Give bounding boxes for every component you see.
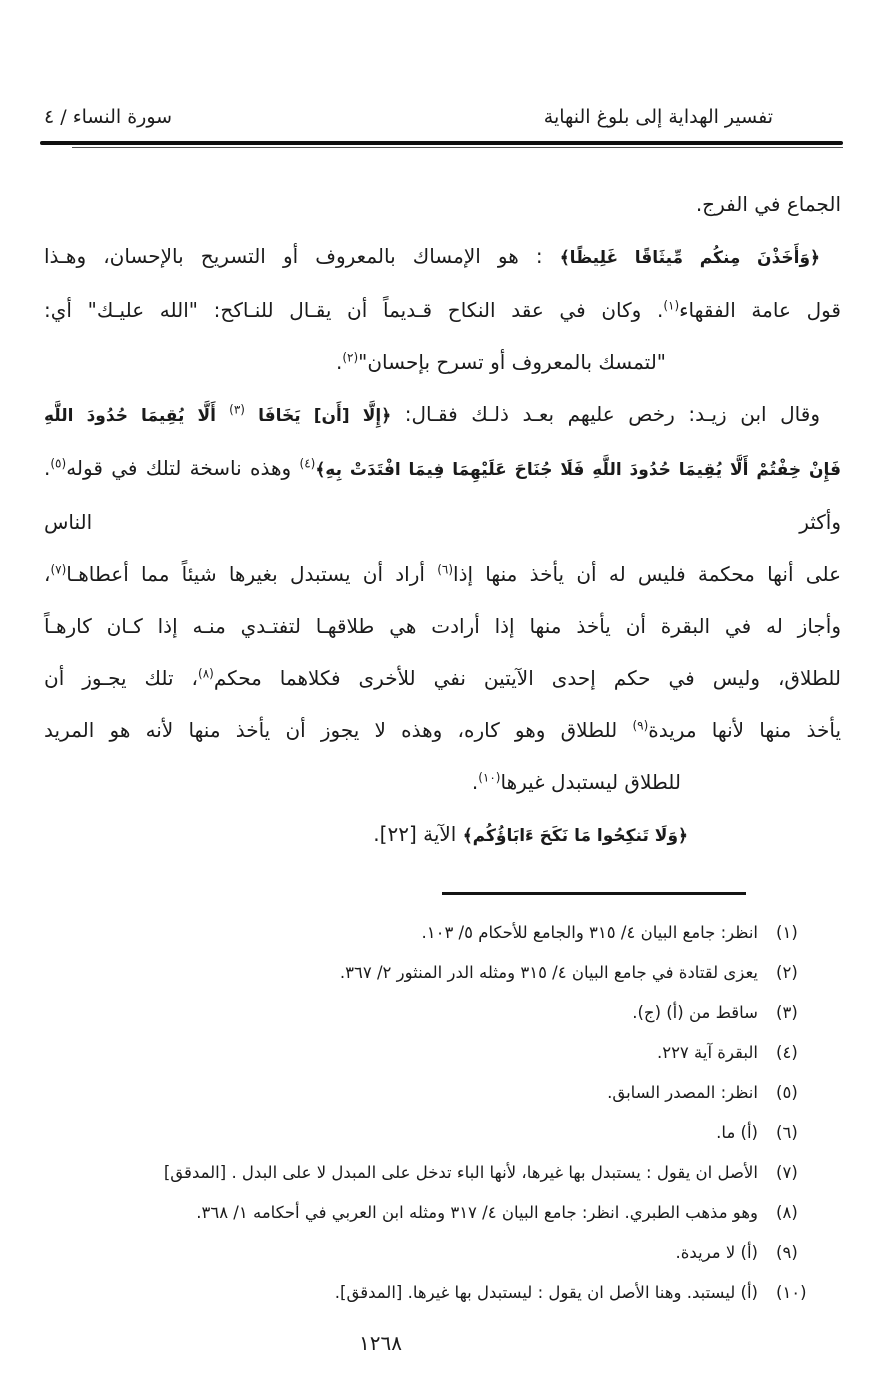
text-line: للطلاق ليستبدل غيرها(١٠). (44, 756, 841, 808)
footnote-marker: (٤) (300, 456, 316, 470)
footnote-number: (٥) (776, 1073, 822, 1113)
text-line: وأجاز له في البقرة أن يأخذ منها إذا أراد… (44, 600, 841, 652)
quran-verse: ﴿وَلَا تَنكِحُوا مَا نَكَحَ ءَابَاؤُكُم﴾ (463, 826, 688, 846)
body-text: أراد أن يستبدل بغيرها شيئاً مما أعطاهـا (66, 562, 437, 586)
quran-verse: ﴿إِلَّا [أَن] يَخَافَا (245, 406, 391, 426)
quran-verse: فَإِنْ خِفْتُمْ أَلَّا يُقِيمَا حُدُودَ … (315, 460, 841, 480)
footnote-text: ساقط من (أ) (ج). (44, 993, 776, 1033)
body-text: الآية [٢٢]. (373, 822, 462, 846)
body-text: الجماع في الفرج. (696, 192, 841, 216)
body-text: يأخذ منها لأنها مريدة (648, 718, 841, 742)
quran-verse: أَلَّا يُقِيمَا حُدُودَ اللَّهِ (44, 406, 229, 426)
footnote-marker: (١) (663, 298, 679, 312)
footnote-number: (١) (776, 913, 822, 953)
text-line: قول عامة الفقهاء(١). وكان في عقد النكاح … (44, 284, 841, 336)
footnote-item: (٧)الأصل ان يقول : يستبدل بها غيرها، لأن… (44, 1153, 822, 1193)
footnote-text: انظر: جامع البيان ٤/ ٣١٥ والجامع للأحكام… (44, 913, 776, 953)
text-line: ﴿وَأَخَذْنَ مِنكُم مِّيثَاقًا غَلِيظًا﴾ … (44, 230, 841, 284)
footnote-item: (٨)وهو مذهب الطبري. انظر: جامع البيان ٤/… (44, 1193, 822, 1233)
footnote-item: (٥)انظر: المصدر السابق. (44, 1073, 822, 1113)
body-text: وقال ابن زيـد: رخص عليهم بعـد ذلـك فقـال… (391, 402, 820, 426)
footnote-text: (أ) ما. (44, 1113, 776, 1153)
footnote-number: (٩) (776, 1233, 822, 1273)
book-page: تفسير الهداية إلى بلوغ النهاية سورة النس… (0, 0, 885, 1382)
footnotes-section: (١)انظر: جامع البيان ٤/ ٣١٥ والجامع للأح… (44, 913, 822, 1313)
footnote-marker: (١٠) (478, 770, 500, 784)
main-text: الجماع في الفرج.﴿وَأَخَذْنَ مِنكُم مِّيث… (44, 178, 841, 862)
footnote-marker: (٣) (229, 402, 245, 416)
header-surah-title: سورة النساء / ٤ (44, 104, 172, 130)
body-text: : هو الإمساك بالمعروف أو التسريح بالإحسا… (44, 244, 560, 268)
footnote-text: الأصل ان يقول : يستبدل بها غيرها، لأنها … (44, 1153, 776, 1193)
body-text: على أنها محكمة فليس له أن يأخذ منها إذا (453, 562, 841, 586)
body-text: قول عامة الفقهاء (679, 298, 841, 322)
header-rule-thin (72, 147, 843, 148)
footnote-marker: (٢) (342, 350, 358, 364)
footnote-marker: (٨) (198, 666, 214, 680)
footnote-number: (٤) (776, 1033, 822, 1073)
body-text: . وكان في عقد النكاح قـديماً أن يقـال لل… (44, 298, 663, 322)
footnote-marker: (٦) (437, 562, 453, 576)
footnote-item: (٢)يعزى لقتادة في جامع البيان ٤/ ٣١٥ ومث… (44, 953, 822, 993)
footnote-item: (٤)البقرة آية ٢٢٧. (44, 1033, 822, 1073)
footnote-number: (١٠) (776, 1273, 822, 1313)
footnote-marker: (٥) (50, 456, 66, 470)
body-text: للطلاق ليستبدل غيرها (500, 770, 681, 794)
footnote-item: (٦)(أ) ما. (44, 1113, 822, 1153)
footnote-text: يعزى لقتادة في جامع البيان ٤/ ٣١٥ ومثله … (44, 953, 776, 993)
footnote-number: (٣) (776, 993, 822, 1033)
footnote-number: (٢) (776, 953, 822, 993)
body-text: "لتمسك بالمعروف أو تسرح بإحسان" (358, 350, 666, 374)
header-book-title: تفسير الهداية إلى بلوغ النهاية (516, 104, 773, 130)
footnote-text: (أ) ليستبد. وهنا الأصل ان يقول : ليستبدل… (44, 1273, 776, 1313)
footnote-text: (أ) لا مريدة. (44, 1233, 776, 1273)
text-line: يأخذ منها لأنها مريدة(٩) للطلاق وهو كاره… (44, 704, 841, 756)
footnote-number: (٦) (776, 1113, 822, 1153)
text-line: الجماع في الفرج. (44, 178, 841, 230)
text-line: للطلاق، وليس في حكم إحدى الآيتين نفي للأ… (44, 652, 841, 704)
footnote-separator (442, 892, 746, 895)
body-text: ، تلك يجـوز أن (44, 666, 198, 690)
footnote-marker: (٧) (50, 562, 66, 576)
footnote-text: وهو مذهب الطبري. انظر: جامع البيان ٤/ ٣١… (44, 1193, 776, 1233)
text-line: ﴿وَلَا تَنكِحُوا مَا نَكَحَ ءَابَاؤُكُم﴾… (44, 808, 841, 862)
page-number: ١٢٦٨ (0, 1331, 761, 1355)
text-line: وقال ابن زيـد: رخص عليهم بعـد ذلـك فقـال… (44, 388, 841, 442)
footnote-item: (١٠)(أ) ليستبد. وهنا الأصل ان يقول : ليس… (44, 1273, 822, 1313)
footnote-text: انظر: المصدر السابق. (44, 1073, 776, 1113)
header-rule-thick (40, 141, 843, 145)
body-text: للطلاق، وليس في حكم إحدى الآيتين نفي للأ… (214, 666, 841, 690)
text-line: "لتمسك بالمعروف أو تسرح بإحسان"(٢). (44, 336, 841, 388)
footnote-item: (٩)(أ) لا مريدة. (44, 1233, 822, 1273)
text-line: على أنها محكمة فليس له أن يأخذ منها إذا(… (44, 548, 841, 600)
text-line: فَإِنْ خِفْتُمْ أَلَّا يُقِيمَا حُدُودَ … (44, 442, 841, 548)
body-text: للطلاق وهو كاره، وهذه لا يجوز أن يأخذ من… (44, 718, 632, 742)
quran-verse: ﴿وَأَخَذْنَ مِنكُم مِّيثَاقًا غَلِيظًا﴾ (560, 248, 820, 268)
footnote-number: (٧) (776, 1153, 822, 1193)
page-header: تفسير الهداية إلى بلوغ النهاية سورة النس… (44, 104, 841, 130)
header-rule (40, 141, 843, 148)
footnote-item: (١)انظر: جامع البيان ٤/ ٣١٥ والجامع للأح… (44, 913, 822, 953)
body-text: وهذه ناسخة لتلك في قوله (66, 456, 299, 480)
body-text: وأجاز له في البقرة أن يأخذ منها إذا أراد… (44, 614, 841, 638)
footnote-number: (٨) (776, 1193, 822, 1233)
footnote-item: (٣)ساقط من (أ) (ج). (44, 993, 822, 1033)
footnote-text: البقرة آية ٢٢٧. (44, 1033, 776, 1073)
footnote-marker: (٩) (632, 718, 648, 732)
